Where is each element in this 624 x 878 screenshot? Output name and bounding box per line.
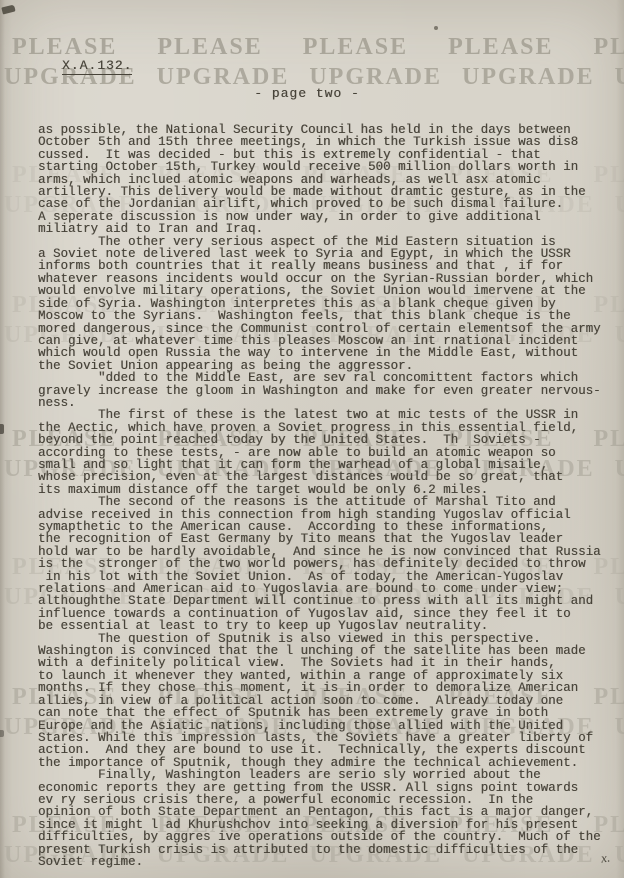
paragraph: The other very serious aspect of the Mid… bbox=[38, 236, 624, 372]
document-reference: X.A.132. bbox=[62, 58, 132, 75]
edge-scan-mark bbox=[0, 424, 4, 434]
corner-tear-mark bbox=[1, 5, 15, 15]
paragraph: Finally, Washington leaders are serio sl… bbox=[38, 769, 624, 868]
watermark-please-row: PLEASE PLEASE PLEASE PLEASE PLEASE bbox=[12, 34, 624, 61]
paragraph: The first of these is the latest two at … bbox=[38, 409, 624, 496]
paragraph: "dded to the Middle East, are sev ral co… bbox=[38, 372, 624, 409]
edge-scan-mark bbox=[0, 730, 4, 737]
speck-mark bbox=[434, 26, 438, 30]
paragraph: The question of Sputnik is also viewed i… bbox=[38, 633, 624, 769]
typed-text-block: as possible, the National Security Counc… bbox=[38, 124, 624, 868]
paragraph: The second of the reasons is the attitud… bbox=[38, 496, 624, 632]
scanned-document-page: PLEASE PLEASE PLEASE PLEASE PLEASE UPGRA… bbox=[0, 0, 624, 878]
paragraph: as possible, the National Security Counc… bbox=[38, 124, 624, 236]
page-number-label: - page two - bbox=[0, 86, 614, 101]
